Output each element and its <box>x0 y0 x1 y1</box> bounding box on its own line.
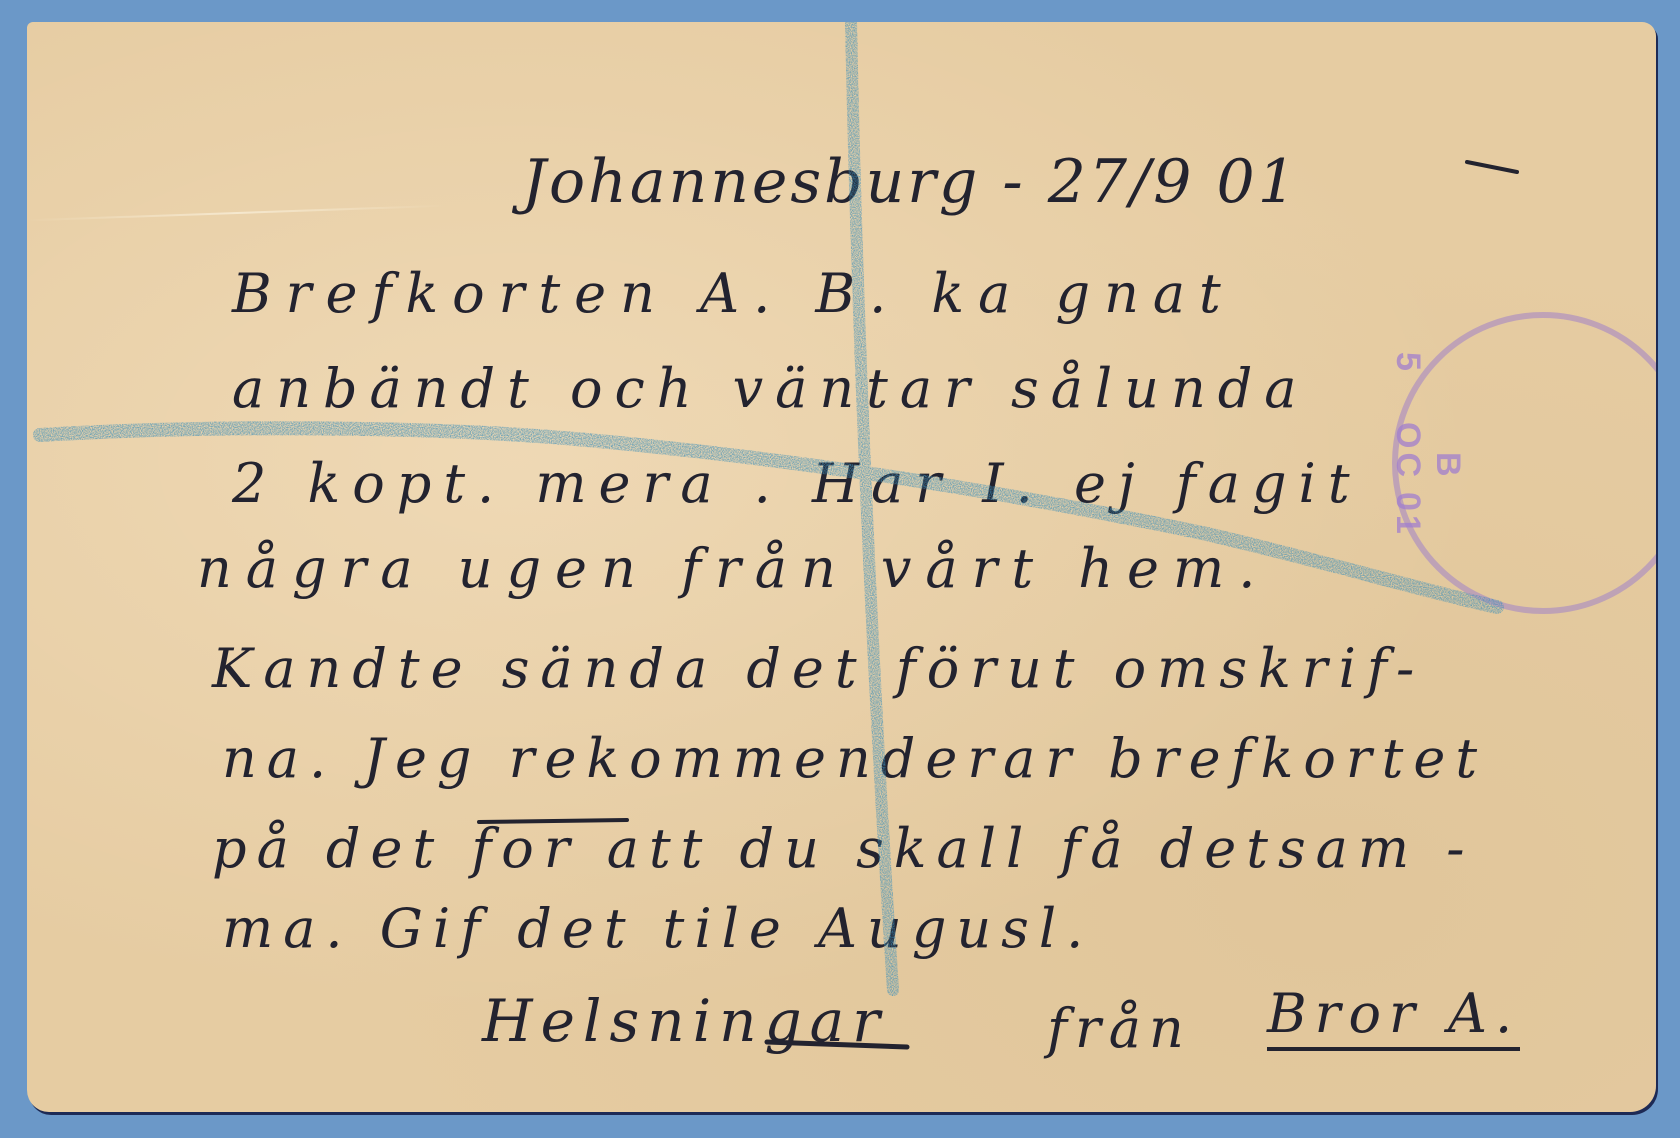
crayon-cross-marks <box>27 22 1656 1112</box>
postcard: 5 OC B 01 Johannesburg - 27/9 01 Brefkor… <box>27 22 1656 1112</box>
blue-crayon-lines <box>40 22 1497 990</box>
